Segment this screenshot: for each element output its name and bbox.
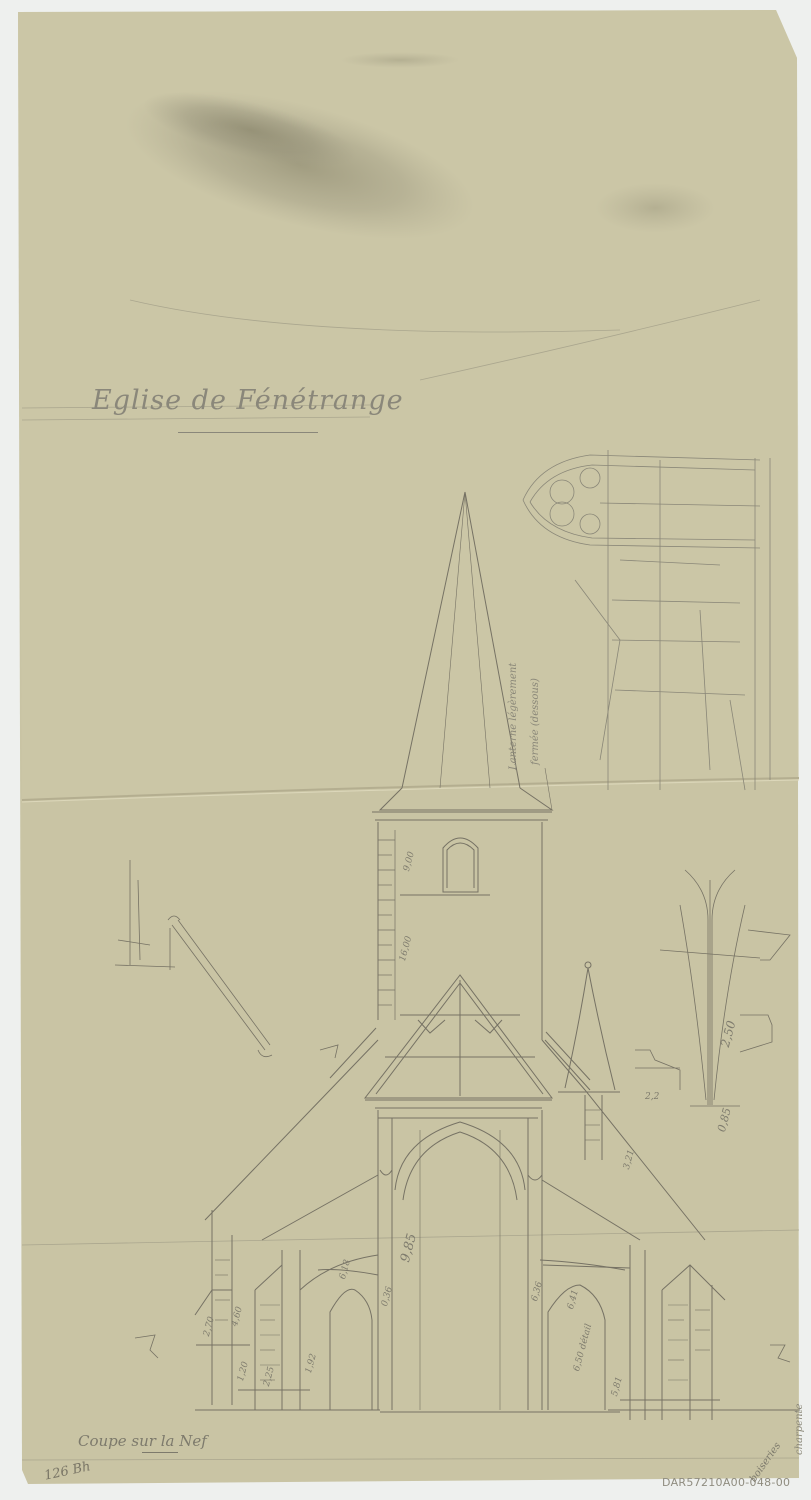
dim-small-detail: 2,2 [645,1092,659,1102]
section-caption: Coupe sur la Nef [78,1432,207,1450]
title-underline [178,432,318,433]
caption-underline [142,1452,178,1453]
drawing-title: Eglise de Fénétrange [92,385,404,416]
right-edge-note: charpente [794,1404,805,1455]
spire-note-line1: Lanterne légèrement [508,663,519,770]
drawing-sheet: Eglise de Fénétrange Coupe sur la Nef 12… [0,0,811,1500]
paper-and-drawing [0,0,811,1500]
archive-reference: DAR57210A00-048-00 [662,1476,790,1489]
spire-note-line2: fermée (dessous) [530,678,541,765]
